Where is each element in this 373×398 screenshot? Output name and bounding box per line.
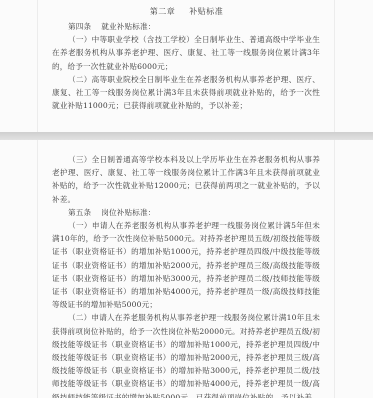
chapter-number: 第二章 [150,7,176,16]
article-5-heading: 第五条岗位补贴标准： [52,206,320,219]
article-label: 第四条 [68,22,91,31]
article-4-item-1: （一）中等职业学校（含技工学校）全日制毕业生、普通高级中学毕业生在养老服务机构从… [52,33,320,73]
page-separator [0,132,373,140]
page-margin-rule [334,0,335,132]
document-page-2: （三）全日制普通高等学校本科及以上学历毕业生在养老服务机构从事养老护理、医疗、康… [0,140,373,398]
page-margin-rule [334,140,335,398]
chapter-title: 补贴标准 [189,7,223,16]
article-title: 就业补贴标准： [101,22,155,31]
page-2-body: （三）全日制普通高等学校本科及以上学历毕业生在养老服务机构从事养老护理、医疗、康… [52,153,320,398]
article-title: 岗位补贴标准： [101,208,155,217]
page-margin-rule [37,140,38,398]
page-margin-rule [37,0,38,132]
chapter-heading: 第二章补贴标准 [0,6,373,17]
article-5-item-2: （二）申请人在养老服务机构从事养老护理一线服务岗位累计满10年且未获得前项岗位补… [52,311,320,398]
page-1-body: 第四条就业补贴标准： （一）中等职业学校（含技工学校）全日制毕业生、普通高级中学… [52,20,320,112]
article-5-item-1: （一）申请人在养老服务机构从事养老护理一线服务岗位累计满5年但未满10年的，给予… [52,219,320,311]
article-4-heading: 第四条就业补贴标准： [52,20,320,33]
article-4-item-3: （三）全日制普通高等学校本科及以上学历毕业生在养老服务机构从事养老护理、医疗、康… [52,153,320,206]
document-page-1: 第二章补贴标准 第四条就业补贴标准： （一）中等职业学校（含技工学校）全日制毕业… [0,0,373,132]
article-label: 第五条 [68,208,91,217]
article-4-item-2: （二）高等职业院校全日制毕业生在养老服务机构从事养老护理、医疗、康复、社工等一线… [52,73,320,113]
